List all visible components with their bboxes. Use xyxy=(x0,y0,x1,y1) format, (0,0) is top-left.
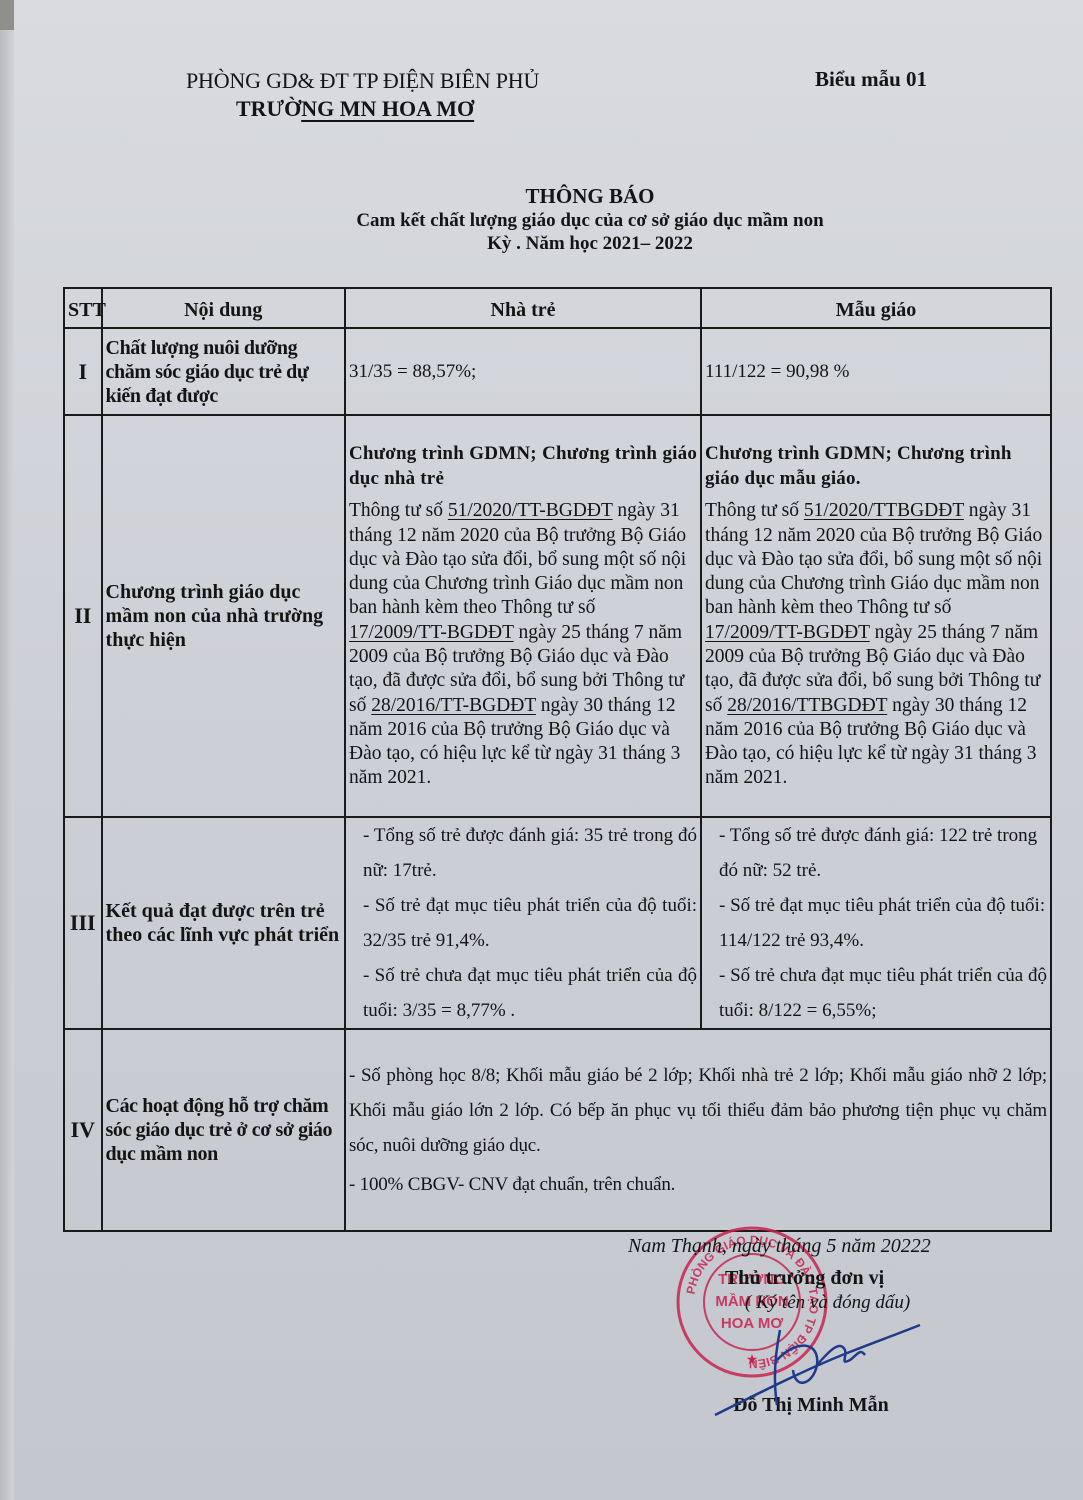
mau-giao-results: - Tổng số trẻ được đánh giá: 122 trẻ tro… xyxy=(701,817,1051,1029)
support-activities: - Số phòng học 8/8; Khối mẫu giáo bé 2 l… xyxy=(345,1029,1051,1231)
header-nha-tre: Nhà trẻ xyxy=(345,288,701,328)
mau-giao-program: Chương trình GDMN; Chương trình giáo dục… xyxy=(701,415,1051,817)
mau-giao-value: 111/122 = 90,98 % xyxy=(701,328,1051,415)
support-paragraph: - Số phòng học 8/8; Khối mẫu giáo bé 2 l… xyxy=(349,1058,1047,1163)
program-title: Chương trình GDMN; Chương trình giáo dục… xyxy=(349,441,697,491)
row-number: III xyxy=(64,817,102,1029)
row-number: IV xyxy=(64,1029,102,1231)
circular-reference: 51/2020/TT-BGDĐT xyxy=(448,500,613,521)
row-content: Các hoạt động hỗ trợ chăm sóc giáo dục t… xyxy=(102,1029,345,1231)
header-content: Nội dung xyxy=(102,288,345,328)
program-text: Thông tư số 51/2020/TT-BGDĐT ngày 31 thá… xyxy=(349,499,697,791)
program-title: Chương trình GDMN; Chương trình giáo dục… xyxy=(705,441,1047,491)
document-subtitle: Cam kết chất lượng giáo dục của cơ sở gi… xyxy=(240,209,940,232)
nha-tre-results: - Tổng số trẻ được đánh giá: 35 trẻ tron… xyxy=(345,817,701,1029)
document-title: THÔNG BÁO xyxy=(240,183,940,209)
result-line: - Số trẻ đạt mục tiêu phát triển của độ … xyxy=(349,888,697,958)
result-line: - Số trẻ chưa đạt mục tiêu phát triển củ… xyxy=(349,958,697,1028)
program-text: Thông tư số 51/2020/TTBGDĐT ngày 31 thán… xyxy=(705,499,1047,791)
table-row: II Chương trình giáo dục mầm non của nhà… xyxy=(64,415,1051,817)
school-name-underlined: NG MN HOA MƠ xyxy=(301,96,474,121)
header-mau-giao: Mẫu giáo xyxy=(701,288,1051,328)
table-header-row: STT Nội dung Nhà trẻ Mẫu giáo xyxy=(64,288,1051,328)
row-content: Kết quả đạt được trên trẻ theo các lĩnh … xyxy=(102,817,345,1029)
nha-tre-program: Chương trình GDMN; Chương trình giáo dục… xyxy=(345,415,701,817)
header-stt: STT xyxy=(64,288,102,328)
background-corner xyxy=(0,0,14,30)
row-number: I xyxy=(64,328,102,415)
result-line: - Tổng số trẻ được đánh giá: 122 trẻ tro… xyxy=(705,818,1047,888)
commitment-table: STT Nội dung Nhà trẻ Mẫu giáo I Chất lượ… xyxy=(63,287,1052,1232)
school-name: TRƯỜNG MN HOA MƠ xyxy=(186,95,539,123)
agency-name: PHÒNG GD& ĐT TP ĐIỆN BIÊN PHỦ xyxy=(186,67,539,95)
document-title-block: THÔNG BÁO Cam kết chất lượng giáo dục củ… xyxy=(240,183,940,255)
result-line: - Số trẻ đạt mục tiêu phát triển của độ … xyxy=(705,888,1047,958)
support-paragraph: - 100% CBGV- CNV đạt chuẩn, trên chuẩn. xyxy=(349,1167,1047,1202)
circular-reference: 28/2016/TT-BGDĐT xyxy=(371,695,536,716)
result-line: - Tổng số trẻ được đánh giá: 35 trẻ tron… xyxy=(349,818,697,888)
nha-tre-value: 31/35 = 88,57%; xyxy=(345,328,701,415)
circular-reference: 28/2016/TTBGDĐT xyxy=(727,695,887,716)
row-number: II xyxy=(64,415,102,817)
table-row: IV Các hoạt động hỗ trợ chăm sóc giáo dụ… xyxy=(64,1029,1051,1231)
circular-reference: 51/2020/TTBGDĐT xyxy=(804,500,964,521)
circular-reference: 17/2009/TT-BGDĐT xyxy=(705,622,870,643)
document-header: PHÒNG GD& ĐT TP ĐIỆN BIÊN PHỦ TRƯỜNG MN … xyxy=(186,67,539,123)
table-row: I Chất lượng nuôi dưỡng chăm sóc giáo dụ… xyxy=(64,328,1051,415)
table-row: III Kết quả đạt được trên trẻ theo các l… xyxy=(64,817,1051,1029)
paper-edge-shadow xyxy=(0,0,14,1500)
row-content: Chất lượng nuôi dưỡng chăm sóc giáo dục … xyxy=(102,328,345,415)
handwritten-signature xyxy=(705,1310,935,1420)
result-line: - Số trẻ chưa đạt mục tiêu phát triển củ… xyxy=(705,958,1047,1028)
place-date: Nam Thạnh, ngày tháng 5 năm 20222 xyxy=(628,1235,931,1258)
row-content: Chương trình giáo dục mầm non của nhà tr… xyxy=(102,415,345,817)
circular-reference: 17/2009/TT-BGDĐT xyxy=(349,622,514,643)
form-code: Biểu mẫu 01 xyxy=(815,67,927,92)
school-year: Kỳ . Năm học 2021– 2022 xyxy=(240,232,940,255)
signer-role: Thủ trưởng đơn vị xyxy=(725,1267,884,1290)
